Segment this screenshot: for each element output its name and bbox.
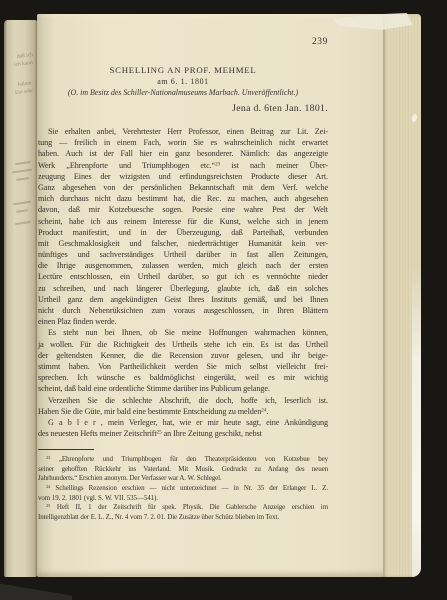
letter-line: mit Geschmaklosigkeit und falscher, nied… <box>38 238 328 249</box>
letter-date-heading: am 6. 1. 1801 <box>38 77 328 86</box>
illegible-text-smudge <box>15 221 31 225</box>
page-number: 239 <box>312 37 328 47</box>
facing-page-edge: daß ich ich kann halten. Ein sehr <box>4 20 37 577</box>
letter-line: zeugung Eines der wizigsten und erfindun… <box>38 171 328 182</box>
footnote-line: vom 19. 2. 1801 (vgl. S. W. VII. 535—541… <box>38 494 328 504</box>
footnotes-block: 23 „Ehrenpforte und Triumphbogen für den… <box>38 455 328 523</box>
footnote-line: 25 Heft II, 1 der Zeitschrift für spek. … <box>38 503 328 513</box>
letter-line: des neuesten Hefts meiner Zeitschrift25 … <box>38 428 328 439</box>
footnote-line: seiner gehofften Rückkehr ins Vaterland.… <box>38 465 328 475</box>
letter-line: Verzeihen Sie die schlechte Abschrift, d… <box>38 395 328 406</box>
illegible-text-smudge <box>15 161 31 165</box>
provenance-note: (O. im Besitz des Schiller-Nationalmuseu… <box>38 88 328 97</box>
letter-line: Product manifestirt, und in der Überzeug… <box>38 227 328 238</box>
letter-line: tung — freilich in einem Fach, worin Sie… <box>38 137 328 148</box>
letter-body: Sie erhalten anbei, Verehrtester Herr Pr… <box>38 126 328 439</box>
letter-line: haben. Auch ist der Fall hier ein ganz b… <box>38 148 328 159</box>
letter-line: Urtheil ganz dem angekündigten Geist Ihr… <box>38 294 328 305</box>
footnote-line: 24 Schellings Rezension erschien — nicht… <box>38 484 328 494</box>
book-page: 239 SCHELLING AN PROF. MEHMEL am 6. 1. 1… <box>37 14 421 577</box>
illegible-text-smudge <box>13 201 31 205</box>
letter-dateline: Jena d. 6ten Jan. 1801. <box>232 103 328 114</box>
letter-line: Werk „Ehrenpforte und Triumphbogen etc.“… <box>38 160 328 171</box>
footnote-line: Intelligenzblatt der E. L. Z., Nr. 4 vom… <box>38 513 328 523</box>
letter-line: nünftiges und sachverständiges Urtheil d… <box>38 249 328 260</box>
table-surface-corner <box>0 578 72 600</box>
letter-line: scheint, habe ich aus reinem Interesse f… <box>38 216 328 227</box>
letter-line: Ganz abgesehen von der persönlichen Beka… <box>38 182 328 193</box>
letter-line: Es steht nun bei Ihnen, ob Sie meine Hof… <box>38 327 328 338</box>
page-fore-edge <box>383 14 421 577</box>
letter-line: der geltendsten Kenner, die die Recensio… <box>38 350 328 361</box>
letter-line: sprechen. Ich wünsche es baldmöglichst e… <box>38 372 328 383</box>
footnote-line: 23 „Ehrenpforte und Triumphbogen für den… <box>38 455 328 465</box>
letter-line: G a b l e r , mein Verleger, hat, wie er… <box>38 417 328 428</box>
letter-line: stimmt haben. Von Partheilichkeit werden… <box>38 361 328 372</box>
ghost-text-fragment: halten. <box>18 80 33 88</box>
footnote-separator-rule <box>38 449 94 450</box>
letter-line: mich durchaus nicht dazu bestimmt hat, d… <box>38 193 328 204</box>
letter-line: ja wollen. Für die Richtigkeit des Urthe… <box>38 339 328 350</box>
letter-line: scheint, daß bald eine ordentliche Stimm… <box>38 383 328 394</box>
letter-line: Haben Sie die Güte, mir bald eine bestim… <box>38 406 328 417</box>
ghost-text-fragment: daß ich <box>17 52 34 60</box>
letter-line: davon, daß mir Kotzebuesche sogen. Poesi… <box>38 204 328 215</box>
letter-line: einen Plaz finden werde. <box>38 316 328 327</box>
letter-title: SCHELLING AN PROF. MEHMEL <box>38 65 328 75</box>
letter-line: Sie erhalten anbei, Verehrtester Herr Pr… <box>38 126 328 137</box>
letter-line: Lectüre entschlossen, ein Urtheil darübe… <box>38 271 328 282</box>
illegible-text-smudge <box>16 177 29 181</box>
illegible-text-smudge <box>12 169 32 174</box>
ghost-text-fragment: Ein sehr <box>15 88 34 96</box>
footnote-line: Jahrhunderts.“ Erschien anonym. Der Verf… <box>38 474 328 484</box>
fore-edge-highlight <box>412 267 421 577</box>
letter-line: die Ihrige ausgenommen, zulassen werden,… <box>38 260 328 271</box>
ghost-text-fragment: ich kann <box>14 60 33 68</box>
illegible-text-smudge <box>16 209 28 213</box>
letter-line: nicht durch Nebenrüksichten zum voraus a… <box>38 305 328 316</box>
paper-speck <box>411 113 418 122</box>
letter-line: zu schreiben, und nach längerer Überlegu… <box>38 283 328 294</box>
